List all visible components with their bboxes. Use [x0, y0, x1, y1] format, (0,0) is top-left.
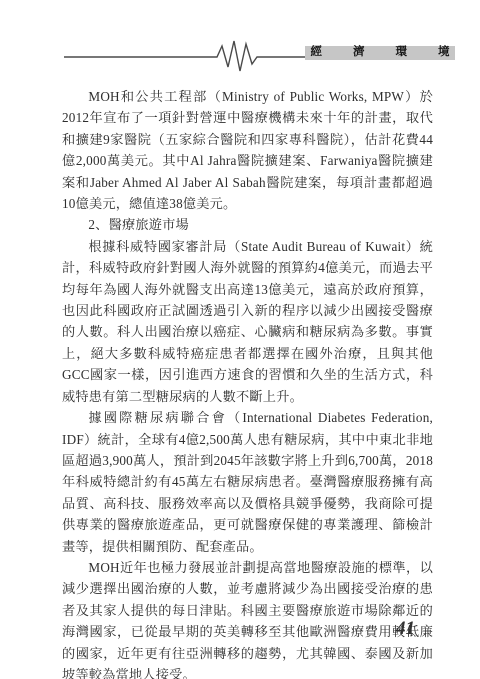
paragraph-moh-facility-upgrade: MOH近年也極力發展並計劃提高當地醫療設施的標準，以減少選擇出國治療的人數，並考…	[62, 557, 433, 679]
paragraph-moh-hospital-plan: MOH和公共工程部（Ministry of Public Works, MPW）…	[62, 86, 433, 214]
heading-medical-tourism-market: 2、醫療旅遊市場	[62, 214, 433, 235]
section-title-bar: 經濟環境	[305, 46, 455, 60]
heartbeat-line-icon	[64, 38, 306, 76]
paragraph-audit-bureau-stats: 根據科威特國家審計局（State Audit Bureau of Kuwait）…	[62, 236, 433, 407]
document-page: 經濟環境 MOH和公共工程部（Ministry of Public Works,…	[0, 0, 480, 679]
page-number: 41	[396, 618, 415, 640]
body-text: MOH和公共工程部（Ministry of Public Works, MPW）…	[62, 86, 433, 679]
paragraph-idf-diabetes-stats: 據國際糖尿病聯合會（International Diabetes Federat…	[62, 407, 433, 557]
section-title-text: 經濟環境	[311, 47, 480, 59]
